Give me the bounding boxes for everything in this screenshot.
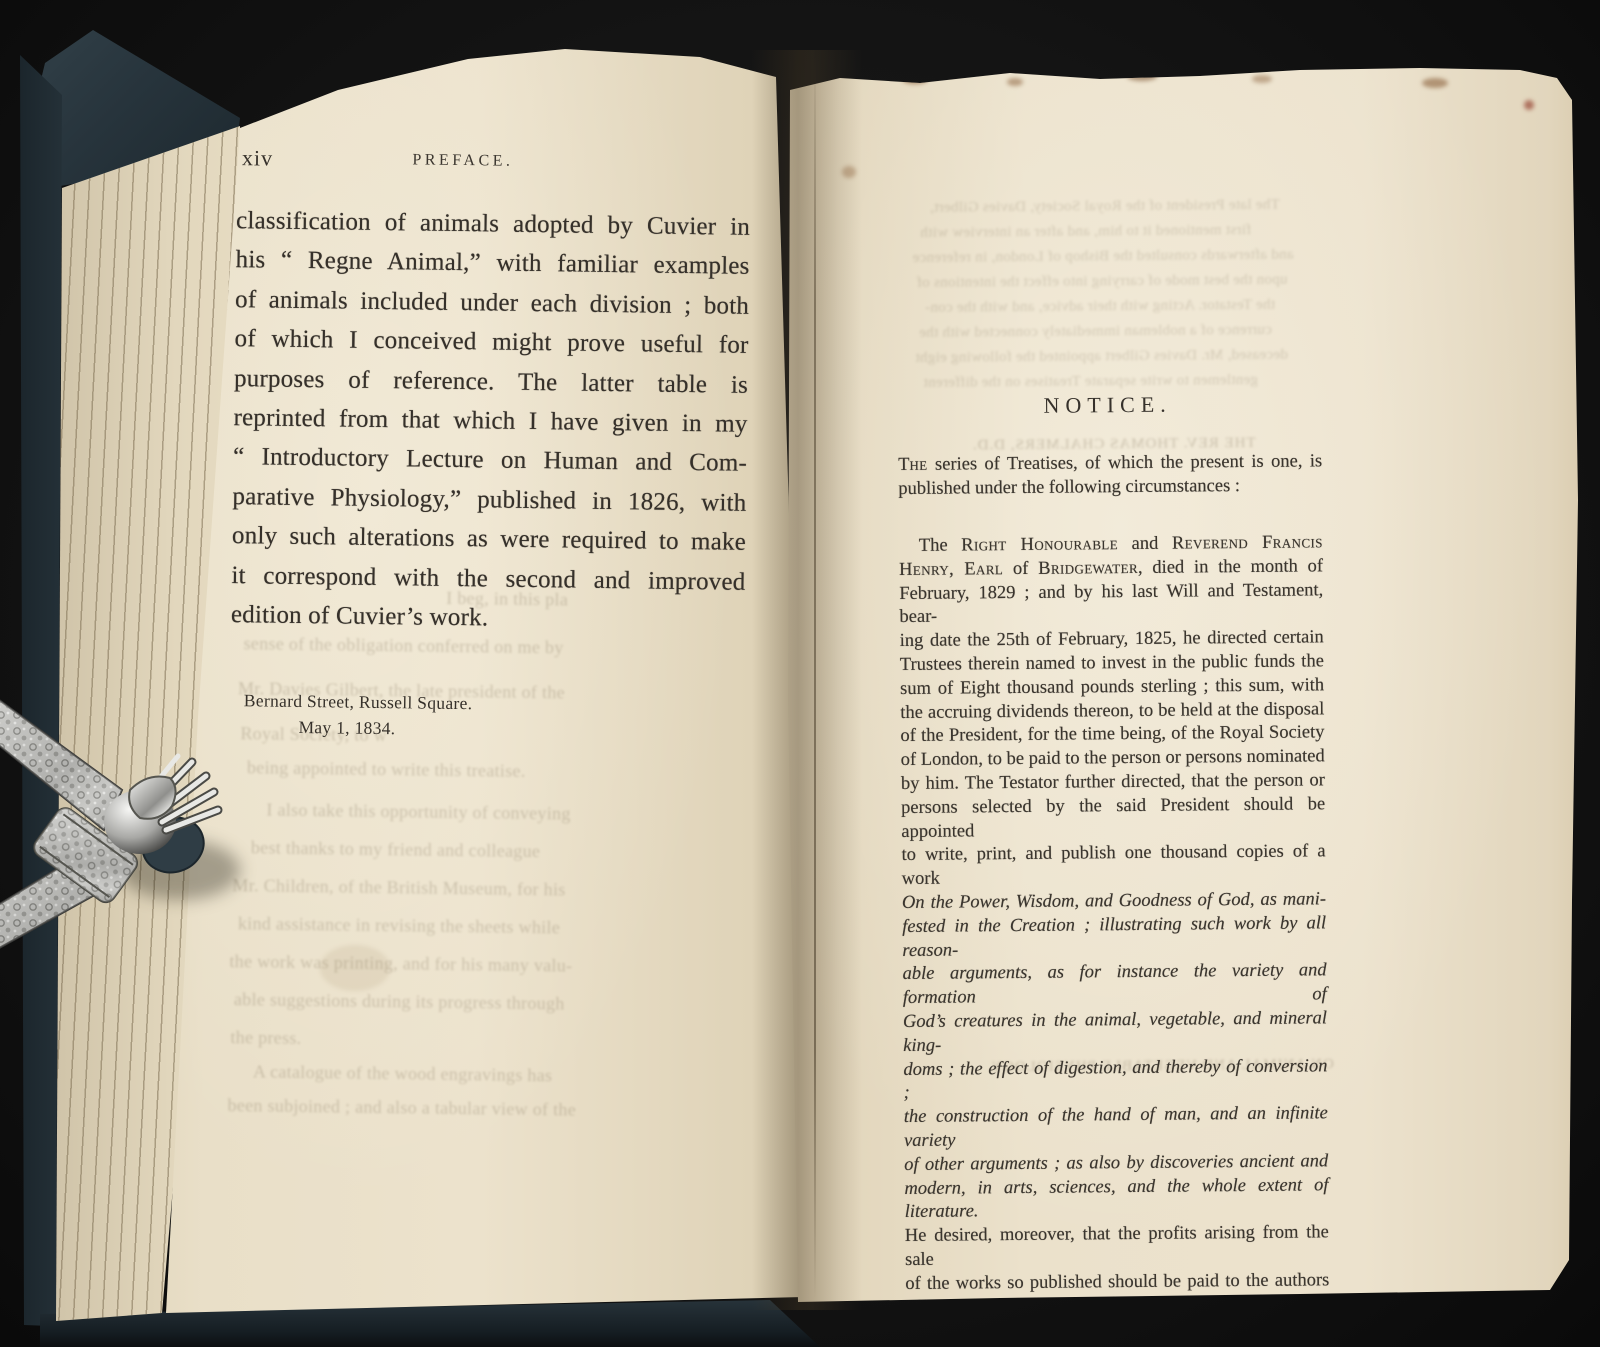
text-line: classification of animals adopted by Cuv…	[236, 201, 750, 247]
text-line: God’s creatures in the animal, vegetable…	[903, 1007, 1327, 1058]
text-line: persons selected by the said President s…	[901, 793, 1325, 844]
text-line: modern, in arts, sciences, and the whole…	[904, 1174, 1328, 1225]
text-line: the construction of the hand of man, and…	[904, 1102, 1328, 1153]
text-line: currence of a nobleman immediately conne…	[919, 322, 1272, 342]
text-line: been subjoined ; and also a tabular view…	[227, 1095, 576, 1121]
gutter-crease	[814, 55, 816, 1300]
text-line: I also take this opportunity of conveyin…	[266, 800, 570, 825]
foxing-spot	[1524, 100, 1534, 110]
text-line: fested in the Creation ; illustrating su…	[902, 912, 1326, 963]
right-page-text-block: The late President of the Royal Society,…	[779, 42, 1596, 1311]
foxing-spot	[1422, 78, 1448, 88]
text-line: of the works so published should be paid…	[905, 1269, 1329, 1320]
foxing-spot	[1252, 75, 1272, 83]
text-line: The late President of the Royal Society,…	[930, 197, 1280, 217]
text-line: the work was printing, and for his many …	[229, 951, 572, 976]
text-line: best thanks to my friend and colleague	[251, 837, 541, 862]
foxing-spot	[902, 74, 928, 84]
text-line: upon the best mode of carrying into effe…	[916, 272, 1287, 292]
notice-intro-paragraph: The series of Treatises, of which the pr…	[898, 449, 1322, 502]
text-line: Mr. Children, of the British Museum, for…	[232, 875, 565, 900]
text-line: of animals included under each division …	[235, 280, 749, 326]
preface-paragraph: classification of animals adopted by Cuv…	[231, 201, 751, 641]
text-line: parative Physiology,” published in 1826,…	[232, 477, 746, 523]
text-line: published under the following circumstan…	[898, 474, 1322, 502]
imprint-date: May 1, 1834.	[298, 717, 395, 739]
text-line: being appointed to write this treatise.	[247, 757, 526, 782]
text-line: reprinted from that which I have given i…	[233, 398, 747, 444]
text-line: to write, print, and publish one thousan…	[901, 841, 1325, 892]
right-page: The late President of the Royal Society,…	[782, 48, 1588, 1310]
text-line: kind assistance in revising the sheets w…	[238, 913, 560, 938]
text-line: gentlemen to write separate Treatises on…	[923, 372, 1258, 392]
text-line: The series of Treatises, of which the pr…	[898, 449, 1322, 477]
text-line: edition of Cuvier’s work.	[231, 595, 745, 641]
text-line: of which I conceived might prove useful …	[234, 319, 748, 365]
photo-of-open-book: I beg, in this plasense of the obligatio…	[0, 0, 1600, 1347]
text-line: purposes of reference. The latter table …	[234, 359, 748, 405]
foxing-spot	[1007, 78, 1023, 86]
text-line: He desired, moreover, that the profits a…	[905, 1221, 1329, 1272]
text-line: able suggestions during its progress thr…	[234, 989, 565, 1014]
text-line: deceased, Mr. Davies Gilbert appointed t…	[915, 347, 1288, 367]
text-line: only such alterations as were required t…	[232, 516, 746, 562]
text-line: the works.	[906, 1317, 1330, 1344]
text-line: his “ Regne Animal,” with familiar examp…	[235, 240, 749, 286]
text-line: and afterwards consulted the Bishop of L…	[912, 247, 1293, 267]
running-header: PREFACE.	[238, 149, 688, 173]
foxing-spot	[1127, 72, 1157, 81]
text-line: it correspond with the second and improv…	[231, 556, 745, 602]
text-line: A catalogue of the wood engravings has	[253, 1061, 553, 1086]
text-line: “ Introductory Lecture on Human and Com-	[233, 438, 747, 484]
notice-heading: NOTICE.	[896, 390, 1320, 420]
bookmark-hands-finial	[129, 756, 218, 830]
text-line: able arguments, as for instance the vari…	[902, 960, 1326, 1011]
notice-body-paragraph: The Right Honourable and Reverend Franci…	[899, 531, 1330, 1344]
text-line: February, 1829 ; and by his last Will an…	[899, 579, 1323, 630]
text-line: doms ; the effect of digestion, and ther…	[903, 1055, 1327, 1106]
text-line: the press.	[230, 1027, 301, 1049]
paper-stain	[320, 945, 390, 991]
text-line: the Testator. Acting with their advice, …	[925, 297, 1275, 317]
text-line: first mentioned it to him, and after an …	[920, 222, 1251, 242]
bookmark-clip	[0, 630, 250, 990]
imprint-address: Bernard Street, Russell Square.	[244, 690, 473, 714]
gutter-shadow	[752, 50, 862, 1310]
